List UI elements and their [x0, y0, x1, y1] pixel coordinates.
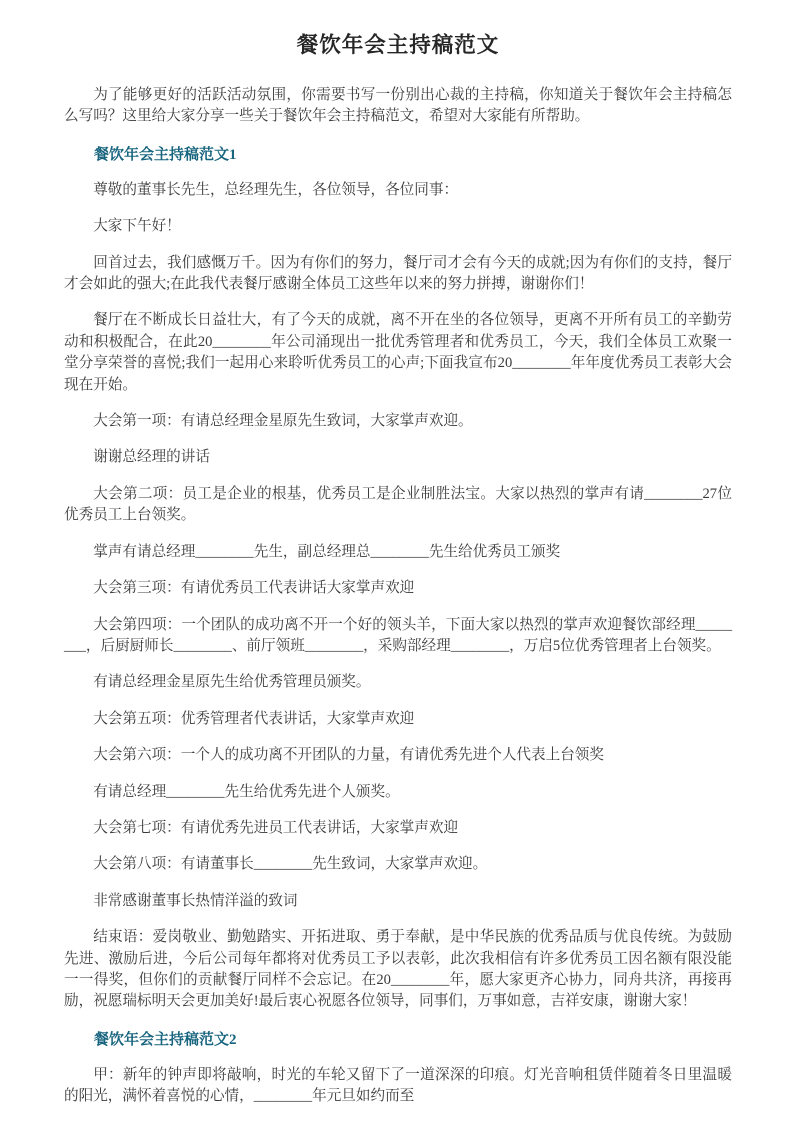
body-paragraph: 大会第八项：有请董事长________先生致词，大家掌声欢迎。	[64, 854, 732, 875]
body-paragraph: 餐厅在不断成长日益壮大，有了今天的成就，离不开在坐的各位领导，更离不开所有员工的…	[64, 310, 732, 396]
body-paragraph: 有请总经理________先生给优秀先进个人颁奖。	[64, 782, 732, 803]
body-paragraph: 大会第三项：有请优秀员工代表讲话大家掌声欢迎	[64, 578, 732, 599]
body-paragraph: 大会第四项：一个团队的成功离不开一个好的领头羊，下面大家以热烈的掌声欢迎餐饮部经…	[64, 615, 732, 658]
body-paragraph: 谢谢总经理的讲话	[64, 447, 732, 468]
section-heading: 餐饮年会主持稿范文1	[64, 145, 732, 165]
body-paragraph: 结束语：爱岗敬业、勤勉踏实、开拓进取、勇于奉献，是中华民族的优秀品质与优良传统。…	[64, 927, 732, 1013]
body-paragraph: 大会第七项：有请优秀先进员工代表讲话，大家掌声欢迎	[64, 818, 732, 839]
body-paragraph: 尊敬的董事长先生，总经理先生，各位领导，各位同事：	[64, 180, 732, 201]
body-paragraph: 大会第六项：一个人的成功离不开团队的力量，有请优秀先进个人代表上台领奖	[64, 745, 732, 766]
body-paragraph: 大会第二项：员工是企业的根基，优秀员工是企业制胜法宝。大家以热烈的掌声有请___…	[64, 484, 732, 527]
body-paragraph: 非常感谢董事长热情洋溢的致词	[64, 891, 732, 912]
body-paragraph: 大家下午好！	[64, 216, 732, 237]
body-paragraph: 掌声有请总经理________先生，副总经理总________先生给优秀员工颁奖	[64, 542, 732, 563]
body-paragraph: 大会第一项：有请总经理金星原先生致词，大家掌声欢迎。	[64, 411, 732, 432]
sections-container: 餐饮年会主持稿范文1尊敬的董事长先生，总经理先生，各位领导，各位同事：大家下午好…	[64, 145, 732, 1108]
body-paragraph: 大会第五项：优秀管理者代表讲话，大家掌声欢迎	[64, 709, 732, 730]
body-paragraph: 回首过去，我们感慨万千。因为有你们的努力，餐厅司才会有今天的成就;因为有你们的支…	[64, 253, 732, 296]
document-page: 餐饮年会主持稿范文 为了能够更好的活跃活动氛围，你需要书写一份别出心裁的主持稿，…	[0, 0, 794, 1123]
intro-paragraph: 为了能够更好的活跃活动氛围，你需要书写一份别出心裁的主持稿，你知道关于餐饮年会主…	[64, 85, 732, 128]
document-title: 餐饮年会主持稿范文	[64, 28, 732, 59]
body-paragraph: 有请总经理金星原先生给优秀管理员颁奖。	[64, 672, 732, 693]
body-paragraph: 甲：新年的钟声即将敲响，时光的车轮又留下了一道深深的印痕。灯光音响租赁伴随着冬日…	[64, 1065, 732, 1108]
section-heading: 餐饮年会主持稿范文2	[64, 1030, 732, 1050]
